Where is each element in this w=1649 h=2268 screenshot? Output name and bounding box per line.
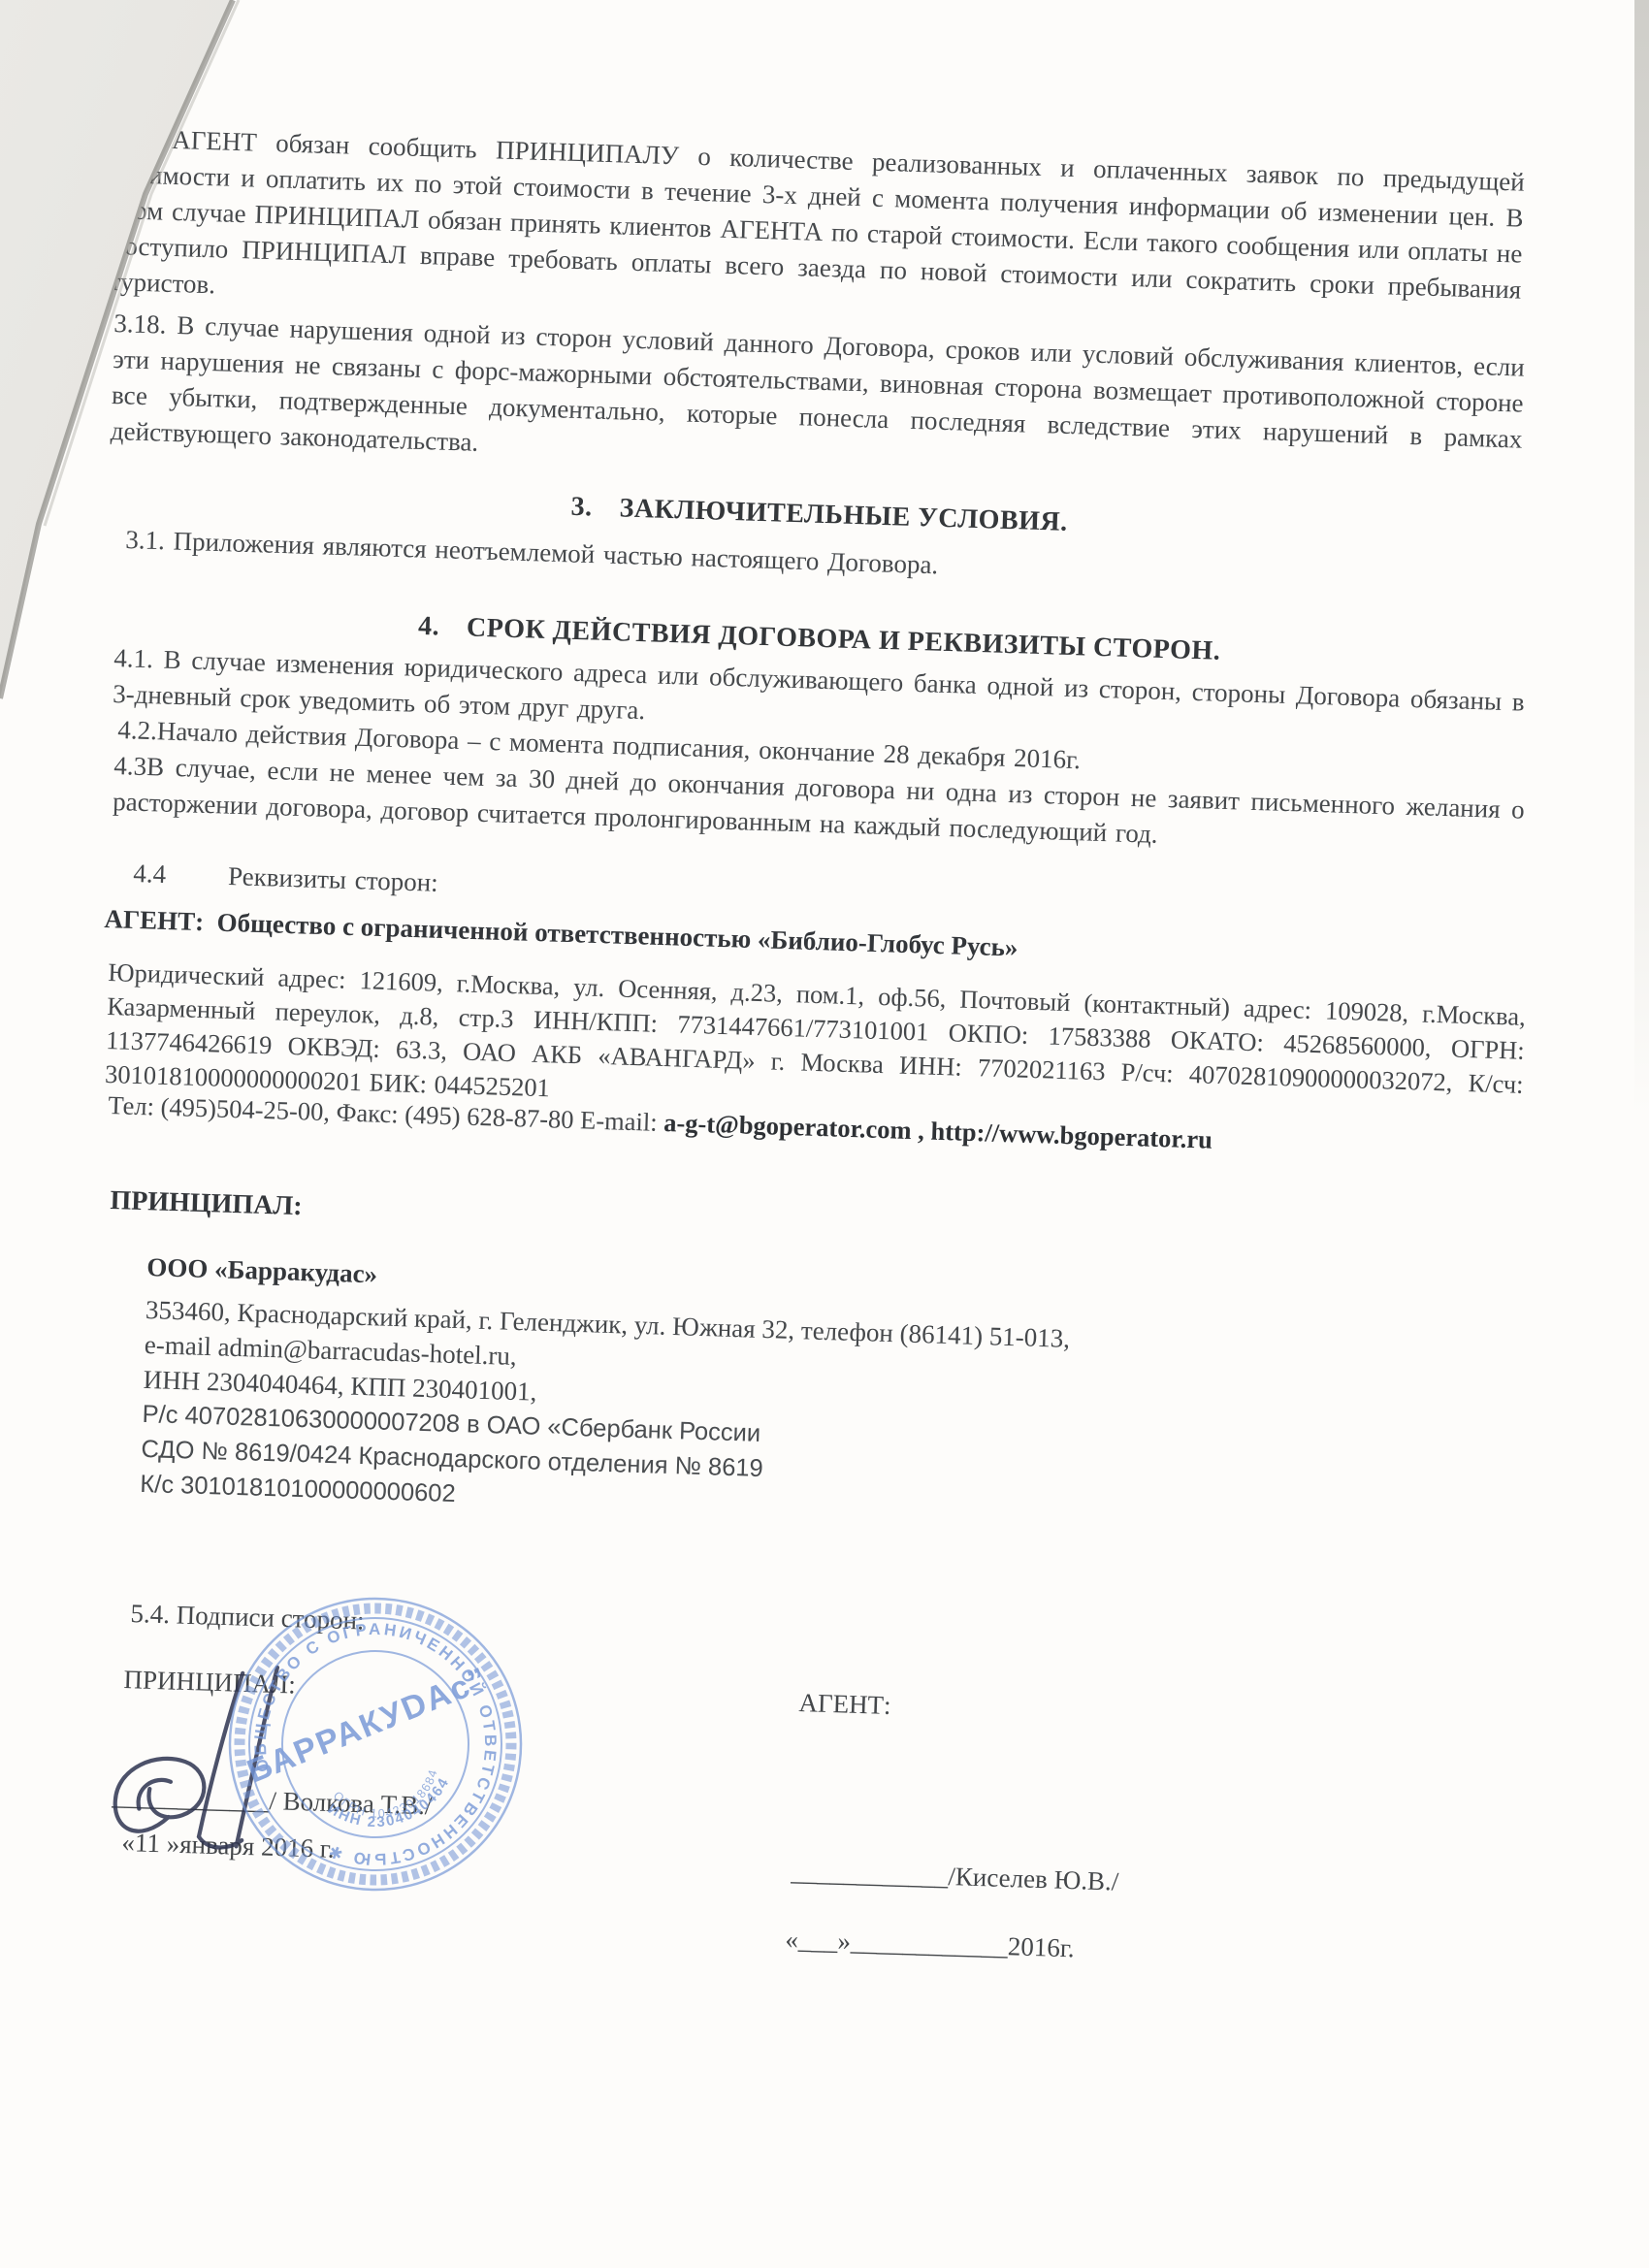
clause-4-4-text: Реквизиты сторон: [228, 861, 438, 897]
principal-signature-line: ____________/ Волкова Т.В./ [112, 1781, 433, 1821]
agent-signature-date: «___»____________2016г. [785, 1925, 1075, 1963]
clause-3-17: .17. АГЕНТ обязан сообщить ПРИНЦИПАЛУ о … [109, 120, 1525, 344]
agent-signatory-name: /Киселев Ю.В./ [948, 1862, 1119, 1896]
section-4-number: 4. [418, 611, 440, 642]
signatures-clause: 5.4. Подписи сторон: [130, 1599, 365, 1636]
clause-4-4-number: 4.4 [133, 859, 167, 889]
agent-signature-underline: ____________ [791, 1857, 949, 1891]
section-3-number: 3. [570, 492, 593, 523]
principal-signature-underline: ____________ [112, 1781, 270, 1815]
agent-company-name: Общество с ограниченной ответственностью… [216, 908, 1018, 962]
principal-signatory-name: / Волкова Т.В./ [269, 1786, 433, 1820]
stamp-inner-circle [263, 1632, 489, 1858]
agent-signature-label: АГЕНТ: [798, 1688, 891, 1721]
principal-signature-label: ПРИНЦИПАЛ: [123, 1665, 296, 1701]
agent-label: АГЕНТ: [104, 904, 205, 936]
principal-details: ООО «Барракудас» 353460, Краснодарский к… [140, 1249, 1457, 1542]
scanned-contract-page: { "clauses": { "p317": ".17. АГЕНТ обяза… [0, 0, 1649, 2268]
page-edge-shadow [1634, 0, 1649, 1116]
principal-requisites-heading: ПРИНЦИПАЛ: [110, 1185, 303, 1222]
principal-signature-date: «11 »января 2016 г. [121, 1828, 335, 1864]
agent-signature-line: ____________/Киселев Ю.В./ [791, 1857, 1119, 1897]
section-3-title: ЗАКЛЮЧИТЕЛЬНЫЕ УСЛОВИЯ. [619, 493, 1068, 537]
